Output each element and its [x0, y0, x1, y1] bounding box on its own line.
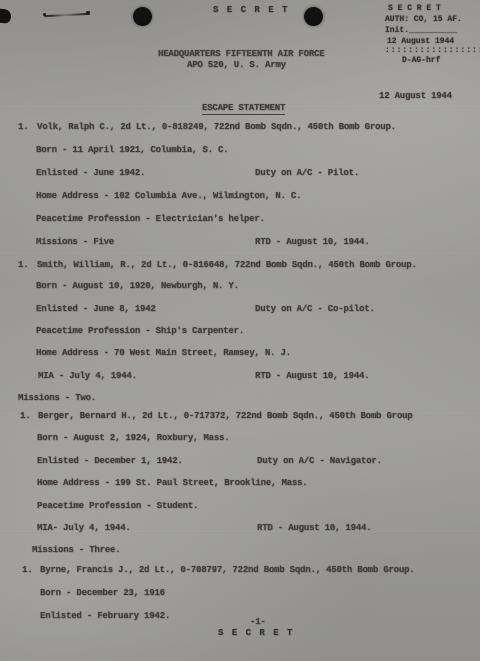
entry-born-line: Born - August 2, 1924, Roxbury, Mass. — [37, 433, 229, 443]
entry-name-line: Berger, Bernard H., 2d Lt., 0-717372, 72… — [38, 411, 412, 421]
classification-top: S E C R E T — [213, 5, 289, 15]
stamp-secret: S E C R E T — [388, 4, 441, 13]
entry-name-line: Byrne, Francis J., 2d Lt., 0-708797, 722… — [40, 565, 414, 575]
entry-enlisted-line: Enlisted - December 1, 1942. — [37, 456, 183, 466]
entry-missions-line: Missions - Three. — [32, 545, 120, 555]
stamp-office-symbol: D-AG-hrf — [402, 56, 440, 65]
entry-missions-line: Missions - Two. — [18, 393, 96, 403]
entry-profession-line: Peacetime Profession - Student. — [37, 501, 198, 511]
entry-profession-line: Peacetime Profession - Ship's Carpenter. — [36, 326, 244, 336]
entry-name-line: Smith, William, R., 2d Lt., 0-816648, 72… — [37, 260, 417, 270]
entry-number: 1. — [22, 565, 32, 575]
entry-home-address-line: Home Address - 70 West Main Street, Rams… — [36, 348, 291, 358]
document-title: ESCAPE STATEMENT — [202, 103, 285, 115]
entry-profession-line: Peacetime Profession - Electrician's hel… — [36, 214, 265, 224]
stamp-init-line: Init.__________ — [385, 26, 457, 35]
pen-scribble-dot — [86, 11, 90, 14]
entry-enlisted-line: Enlisted - February 1942. — [40, 611, 170, 621]
stamp-date: 12 August 1944 — [387, 37, 454, 46]
entry-number: 1. — [18, 122, 28, 132]
entry-home-address-line: Home Address - 102 Columbia Ave., Wilmin… — [36, 191, 301, 201]
page-number: -1- — [250, 617, 266, 627]
entry-name-line: Volk, Ralph C., 2d Lt., 0-818249, 722nd … — [37, 122, 396, 132]
entry-duty-line: Duty on A/C - Co-pilot. — [255, 304, 375, 314]
paper-crease — [0, 253, 480, 255]
letterhead-line1: HEADQUARTERS FIFTEENTH AIR FORCE — [158, 49, 324, 59]
pen-scribble — [44, 13, 90, 17]
entry-born-line: Born - December 23, 1916 — [40, 588, 165, 598]
entry-home-address-line: Home Address - 199 St. Paul Street, Broo… — [37, 478, 307, 488]
entry-born-line: Born - 11 April 1921, Columbia, S. C. — [36, 145, 228, 155]
entry-missions-line: Missions - Five — [36, 237, 114, 247]
letterhead-line2: APO 520, U. S. Army — [187, 60, 286, 70]
entry-rtd-line: RTD - August 10, 1944. — [257, 523, 371, 533]
punch-hole-left — [133, 7, 152, 26]
entry-mia-line: MIA- July 4, 1944. — [37, 523, 131, 533]
entry-enlisted-line: Enlisted - June 8, 1942 — [36, 304, 156, 314]
entry-enlisted-line: Enlisted - June 1942. — [36, 168, 145, 178]
ink-smudge — [0, 8, 12, 24]
entry-duty-line: Duty on A/C - Navigator. — [257, 456, 382, 466]
classification-bottom: S E C R E T — [218, 628, 294, 638]
entry-born-line: Born - August 10, 1920, Newburgh, N. Y. — [36, 281, 239, 291]
stamp-auth: AUTH: CO, 15 AF. — [385, 15, 462, 24]
punch-hole-right — [304, 7, 323, 26]
pen-scribble-dot — [43, 13, 46, 16]
stamp-dotted-rule: ::::::::::::::::: — [385, 46, 480, 55]
entry-rtd-line: RTD - August 10, 1944. — [255, 371, 369, 381]
entry-mia-line: MIA - July 4, 1944. — [38, 371, 137, 381]
entry-number: 1. — [18, 260, 28, 270]
entry-rtd-line: RTD - August 10, 1944. — [255, 237, 369, 247]
document-date: 12 August 1944 — [379, 91, 452, 101]
entry-duty-line: Duty on A/C - Pilot. — [255, 168, 359, 178]
entry-number: 1. — [20, 411, 30, 421]
document-page: S E C R E T S E C R E T AUTH: CO, 15 AF.… — [0, 0, 480, 661]
